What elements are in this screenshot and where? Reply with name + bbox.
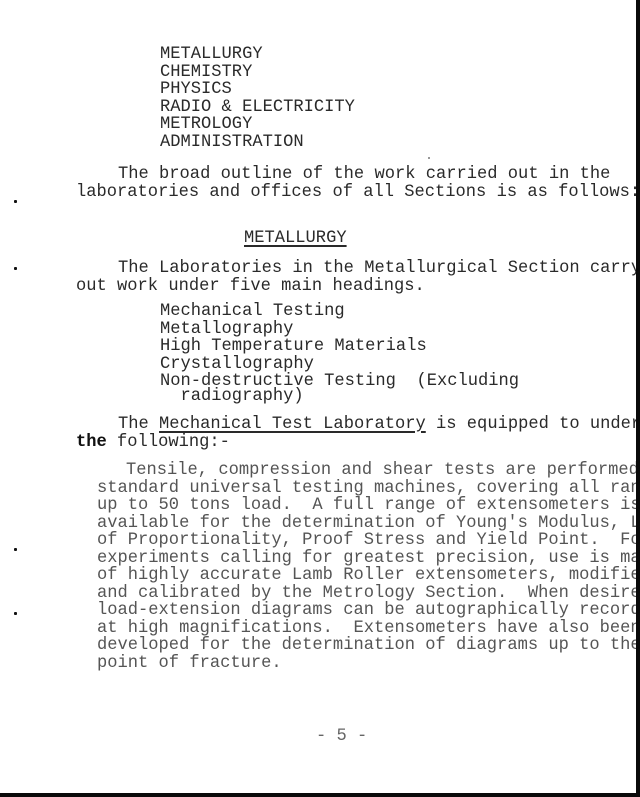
scan-edge-bottom: [0, 793, 640, 797]
metallurgy-intro-line: out work under five main headings.: [76, 278, 425, 295]
mech-lab-line: The Mechanical Test Laboratory is equipp…: [118, 416, 640, 433]
work-heading-item: High Temperature Materials: [160, 338, 427, 355]
work-heading-item: Crystallography: [160, 356, 314, 373]
section-list-item: RADIO & ELECTRICITY: [160, 99, 355, 116]
mech-lab-line-2: the following:-: [76, 434, 230, 451]
mech-paragraph-line: load-extension diagrams can be autograph…: [97, 602, 640, 619]
mech-paragraph-line: standard universal testing machines, cov…: [97, 480, 640, 497]
section-list-item: CHEMISTRY: [160, 64, 252, 81]
work-heading-item: radiography): [160, 388, 304, 405]
mech-paragraph-line: of Proportionality, Proof Stress and Yie…: [97, 532, 640, 549]
mech-paragraph-line: up to 50 tons load. A full range of exte…: [97, 497, 640, 514]
document-page: METALLURGY CHEMISTRY PHYSICS RADIO & ELE…: [0, 0, 636, 793]
mech-paragraph-line: experiments calling for greatest precisi…: [97, 550, 640, 567]
mech-lab-prefix: The: [118, 415, 159, 434]
intro-paragraph-line: laboratories and offices of all Sections…: [76, 184, 640, 201]
work-heading-item: Mechanical Testing: [160, 303, 345, 320]
metallurgy-intro-line: The Laboratories in the Metallurgical Se…: [118, 260, 640, 277]
section-list-item: PHYSICS: [160, 81, 232, 98]
mech-paragraph-line: point of fracture.: [97, 655, 282, 672]
scan-mark: [14, 200, 17, 203]
mech-paragraph-line: Tensile, compression and shear tests are…: [126, 462, 640, 479]
intro-paragraph-line: The broad outline of the work carried ou…: [118, 166, 610, 183]
scan-mark: [14, 267, 17, 270]
scan-edge-right: [636, 0, 640, 797]
mech-paragraph-line: available for the determination of Young…: [97, 515, 640, 532]
mech-paragraph-line: and calibrated by the Metrology Section.…: [97, 585, 640, 602]
section-list-item: METROLOGY: [160, 116, 252, 133]
mech-lab-suffix: is equipped to undertake: [426, 415, 640, 434]
page-number: - 5 -: [316, 728, 367, 745]
section-list-item: ADMINISTRATION: [160, 134, 304, 151]
mech-paragraph-line: of highly accurate Lamb Roller extensome…: [97, 567, 640, 584]
mech-lab-line2-rest: following:-: [107, 433, 230, 452]
scan-mark: [14, 612, 17, 615]
section-list-item: METALLURGY: [160, 46, 263, 63]
mech-lab-name: Mechanical Test Laboratory: [159, 415, 426, 434]
mech-paragraph-line: developed for the determination of diagr…: [97, 637, 640, 654]
mech-lab-line2-bold: the: [76, 433, 107, 452]
work-heading-item: Metallography: [160, 321, 293, 338]
scan-mark: [14, 548, 17, 551]
mech-paragraph-line: at high magnifications. Extensometers ha…: [97, 620, 640, 637]
section-heading-metallurgy: METALLURGY: [244, 230, 347, 247]
scan-mark: [428, 157, 430, 159]
